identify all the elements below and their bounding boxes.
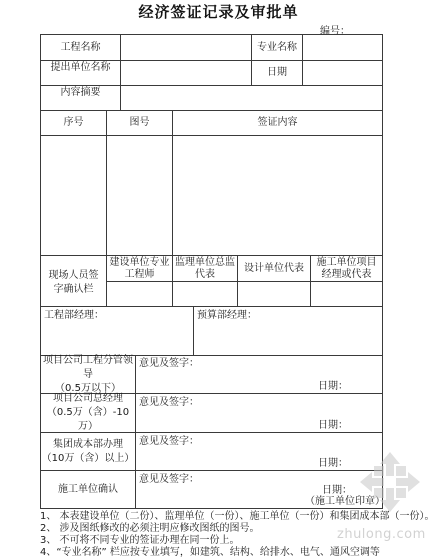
role-line1: 建设单位专业	[110, 257, 170, 269]
approval-line2: （10万（含）以上）	[42, 452, 135, 466]
onsite-label-line1: 现场人员签	[49, 269, 99, 283]
note-2: 2、 涉及图纸修改的必须注明应修改图纸的图号。	[40, 523, 260, 535]
drawing-no-column-field[interactable]	[107, 136, 172, 255]
budget-manager-field[interactable]	[194, 322, 382, 355]
document-title: 经济签证记录及审批单	[0, 1, 437, 22]
content-column-field[interactable]	[173, 136, 382, 255]
role-owner-engineer: 建设单位专业 工程师	[107, 256, 172, 281]
column-header-drawing-no: 图号	[107, 111, 172, 135]
specialty-label: 专业名称	[252, 35, 302, 60]
approval-line2: （0.5万（含）-10万）	[41, 406, 135, 434]
designer-signature-field[interactable]	[238, 282, 310, 306]
role-designer: 设计单位代表	[238, 256, 310, 281]
role-line2: 代表	[195, 269, 215, 281]
owner-engineer-signature-field[interactable]	[107, 282, 172, 306]
date-label: 日期	[252, 61, 302, 85]
submitter-label: 提出单位名称	[41, 61, 120, 85]
serial-column-field[interactable]	[41, 136, 106, 255]
watermark-logo-icon	[360, 452, 420, 512]
watermark-text: zhulong.com	[337, 527, 426, 542]
summary-label: 内容摘要	[41, 86, 120, 110]
role-line2: 经理或代表	[322, 269, 372, 281]
approval-general-manager-label: 项目公司总经理 （0.5万（含）-10万）	[41, 394, 135, 432]
row-divider	[40, 306, 382, 307]
approval-line1: 项目公司总经理	[53, 392, 123, 406]
budget-manager-label: 预算部经理：	[197, 310, 257, 322]
approval-line1: 集团成本部办理	[53, 438, 123, 452]
role-line2: 工程师	[125, 269, 155, 281]
note-4: 4、“专业名称” 栏应按专业填写，如建筑、结构、给排水、电气、通风空调等	[40, 547, 380, 559]
contractor-signature-field[interactable]	[311, 282, 382, 306]
summary-field[interactable]	[121, 86, 382, 110]
onsite-label-line2: 字确认栏	[54, 283, 94, 297]
note-3: 3、 不可将不同专业的签证办理在同一份上。	[40, 535, 240, 547]
role-line1: 设计单位代表	[244, 263, 304, 275]
opinion-label: 意见及签字：	[139, 397, 199, 409]
onsite-signature-label: 现场人员签 字确认栏	[41, 256, 106, 306]
cost-dept-opinion-field[interactable]	[136, 448, 306, 469]
opinion-label: 意见及签字：	[139, 358, 199, 370]
general-manager-opinion-field[interactable]	[136, 409, 306, 431]
project-name-label: 工程名称	[41, 35, 120, 60]
role-contractor-manager: 施工单位项目 经理或代表	[311, 256, 382, 281]
role-line1: 施工单位项目	[317, 257, 377, 269]
approval-line1: 项目公司工程分管领导	[41, 354, 135, 382]
role-line1: 监理单位总监	[175, 257, 235, 269]
opinion-label: 意见及签字：	[139, 474, 199, 486]
opinion-label: 意见及签字：	[139, 436, 199, 448]
column-header-serial: 序号	[41, 111, 106, 135]
approval-project-lead-label: 项目公司工程分管领导 （0.5万以下）	[41, 356, 135, 393]
approval-cost-dept-label: 集团成本部办理 （10万（含）以上）	[41, 433, 135, 470]
role-supervisor: 监理单位总监 代表	[173, 256, 237, 281]
approval-date-label: 日期：	[318, 420, 348, 432]
date-field[interactable]	[303, 61, 382, 85]
project-lead-opinion-field[interactable]	[136, 370, 306, 392]
supervisor-signature-field[interactable]	[173, 282, 237, 306]
contractor-opinion-field[interactable]	[136, 486, 296, 507]
column-header-content: 签证内容	[173, 111, 382, 135]
submitter-field[interactable]	[121, 61, 251, 85]
note-1: 1、 本表建设单位（二份）、监理单位（一份）、施工单位（一份）和集团成本部（一份…	[40, 511, 435, 523]
engineering-manager-label: 工程部经理：	[44, 310, 104, 322]
approval-contractor-label: 施工单位确认	[41, 471, 135, 508]
project-name-field[interactable]	[121, 35, 251, 60]
approval-date-label: 日期：	[318, 381, 348, 393]
approval-date-label: 日期：	[318, 458, 348, 470]
specialty-field[interactable]	[303, 35, 382, 60]
engineering-manager-field[interactable]	[41, 322, 193, 355]
